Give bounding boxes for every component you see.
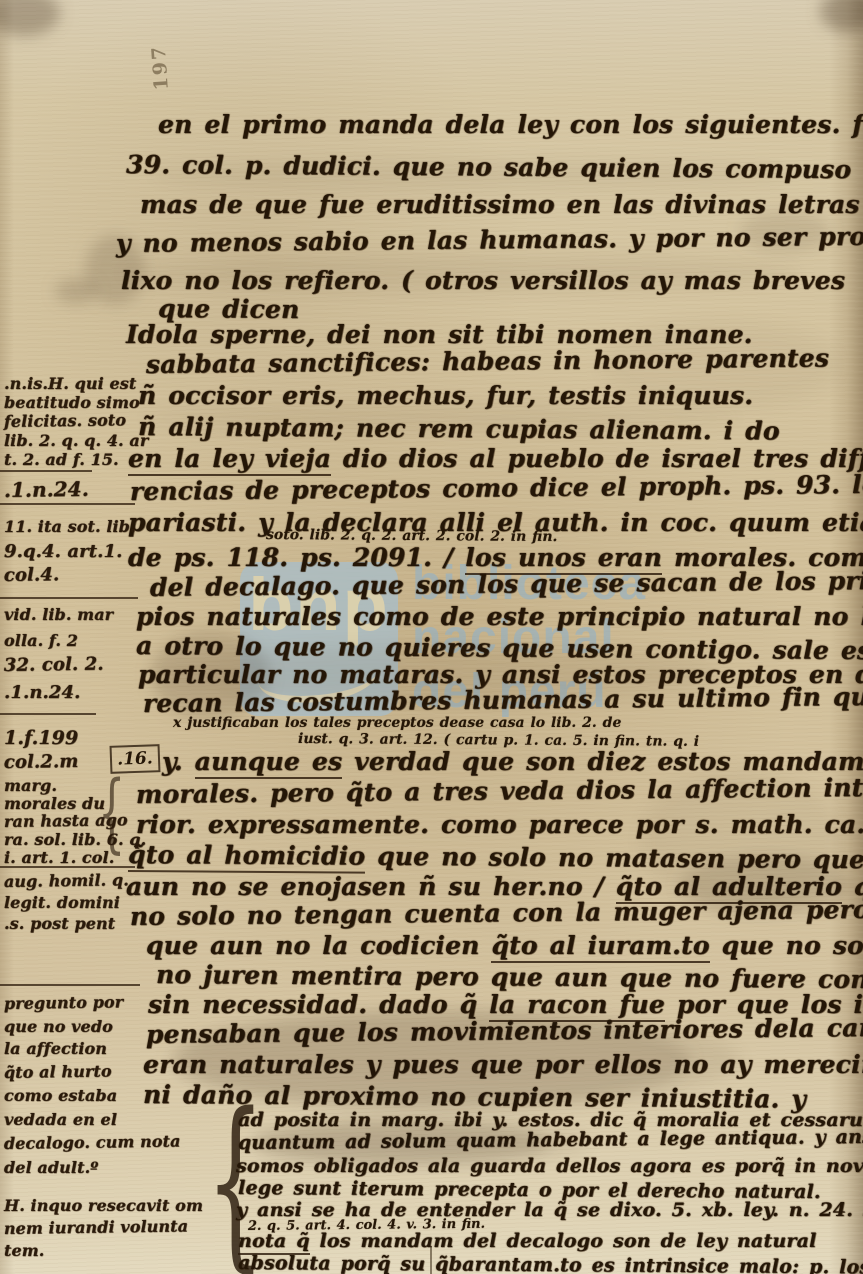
margin-note-line: felicitas. soto [4, 412, 126, 431]
manuscript-line: en el primo manda dela ley con los sigui… [158, 112, 863, 138]
margin-note-line: aug. homil. q. [4, 872, 129, 891]
margin-divider [0, 470, 92, 472]
margin-note-line: .n.is.H. qui est [4, 376, 136, 393]
margin-note-line: .s. post pent [4, 916, 115, 933]
folio-mark: 197 [150, 44, 172, 91]
margin-note-line: 32. col. 2. [4, 656, 104, 676]
margin-note-line: pregunto por [4, 994, 124, 1012]
margin-note-line: como estaba [4, 1088, 117, 1105]
margin-divider [0, 713, 96, 715]
margin-divider [0, 984, 140, 986]
ink-stain [55, 278, 97, 304]
manuscript-page: bnp biblioteca nacional del perú 197 { {… [0, 0, 863, 1274]
manuscript-line: en la ley vieja dio dios al pueblo de is… [128, 446, 863, 472]
manuscript-line: y no menos sabio en las humanas. y por n… [116, 224, 863, 257]
manuscript-line: y. aunque es verdad que son diez estos m… [162, 749, 863, 775]
margin-note-line: col.2.m [4, 753, 79, 773]
margin-note-line: t. 2. ad f. 15. [4, 452, 119, 469]
margin-note-line: legit. domini [4, 895, 120, 912]
margin-note-line: marg. [4, 778, 57, 795]
margin-note-line: decalogo. cum nota [4, 1134, 181, 1153]
manuscript-line: pensaban que los movimientos interiores … [146, 1013, 863, 1048]
manuscript-line: somos obligados ala guarda dellos agora … [236, 1157, 863, 1177]
manuscript-line: recan las costumbres humanas a su ultimo… [143, 684, 863, 717]
margin-divider [0, 503, 135, 505]
margin-note-line: la affection [4, 1041, 107, 1058]
manuscript-line: que aun no la codicien q̃to al iuram.to … [146, 933, 863, 959]
ink-stain [0, 0, 60, 36]
margin-note-line: 11. ita sot. lib. [4, 519, 136, 536]
margin-note-line: 1.f.199 [4, 729, 78, 749]
manuscript-line: 39. col. p. dudici. que no sabe quien lo… [126, 152, 851, 183]
manuscript-line: nota q̃ los mandam del decalogo son de l… [238, 1232, 817, 1252]
manuscript-line: absoluta porq̃ su q̃barantam.to es intri… [238, 1254, 863, 1274]
manuscript-line: lixo no los refiero. ( otros versillos a… [121, 268, 845, 294]
margin-note-line: col.4. [4, 566, 60, 586]
manuscript-line: rior. expressamente. como parece por s. … [136, 812, 863, 838]
margin-note-line: vid. lib. mar [4, 607, 113, 624]
margin-note-line: del adult.º [4, 1160, 98, 1177]
margin-note-line: lib. 2. q. q. 4. ar [4, 433, 148, 450]
margin-note-line: q̃to al hurto [4, 1063, 112, 1081]
margin-note-line: 9.q.4. art.1. [4, 543, 123, 562]
manuscript-line: ñ alij nuptam; nec rem cupias alienam. i… [138, 414, 780, 445]
margin-note-line: i. art. 1. col. [4, 850, 114, 867]
margin-note-line: beatitudo simo [4, 395, 140, 412]
manuscript-line: morales. pero q̃to a tres veda dios la a… [136, 775, 863, 808]
margin-note-line: ra. sol. lib. 6. q. [4, 832, 146, 849]
margin-note-line: vedada en el [4, 1112, 117, 1129]
margin-note-line: tem. [4, 1243, 44, 1260]
margin-note-line: H. inquo resecavit om [4, 1198, 203, 1215]
crease-line [430, 1246, 432, 1274]
margin-note-line: nem iurandi volunta [4, 1218, 188, 1237]
manuscript-line: mas de que fue eruditissimo en las divin… [140, 192, 860, 218]
manuscript-line: del decalago. que son los que se sacan d… [150, 568, 863, 602]
manuscript-line: rencias de preceptos como dice el proph.… [130, 471, 863, 505]
margin-note-line: .1.n.24. [4, 684, 81, 703]
manuscript-line: pios naturales como de este principio na… [136, 604, 863, 630]
margin-note-line: que no vedo [4, 1019, 113, 1036]
margin-divider [0, 597, 138, 599]
manuscript-line: x justificaban los tales preceptos dease… [173, 716, 621, 731]
ink-stain [820, 0, 863, 32]
boxed-marginal-number: .16. [110, 744, 161, 774]
manuscript-line: no solo no tengan cuenta con la muger aj… [130, 897, 863, 930]
manuscript-line: quantum ad solum quam habebant a lege an… [238, 1128, 863, 1154]
margin-note-line: .1.n.24. [4, 479, 89, 501]
manuscript-line: ñ occisor eris, mechus, fur, testis iniq… [138, 383, 753, 409]
margin-note-line: ran hasta ago [4, 812, 128, 831]
margin-note-line: olla. f. 2 [4, 633, 78, 650]
manuscript-line: sabbata sanctifices: habeas in honore pa… [146, 345, 829, 378]
manuscript-line: q̃to al homicidio que no solo no matasen… [128, 842, 863, 873]
manuscript-line: eran naturales y pues que por ellos no a… [143, 1052, 863, 1078]
